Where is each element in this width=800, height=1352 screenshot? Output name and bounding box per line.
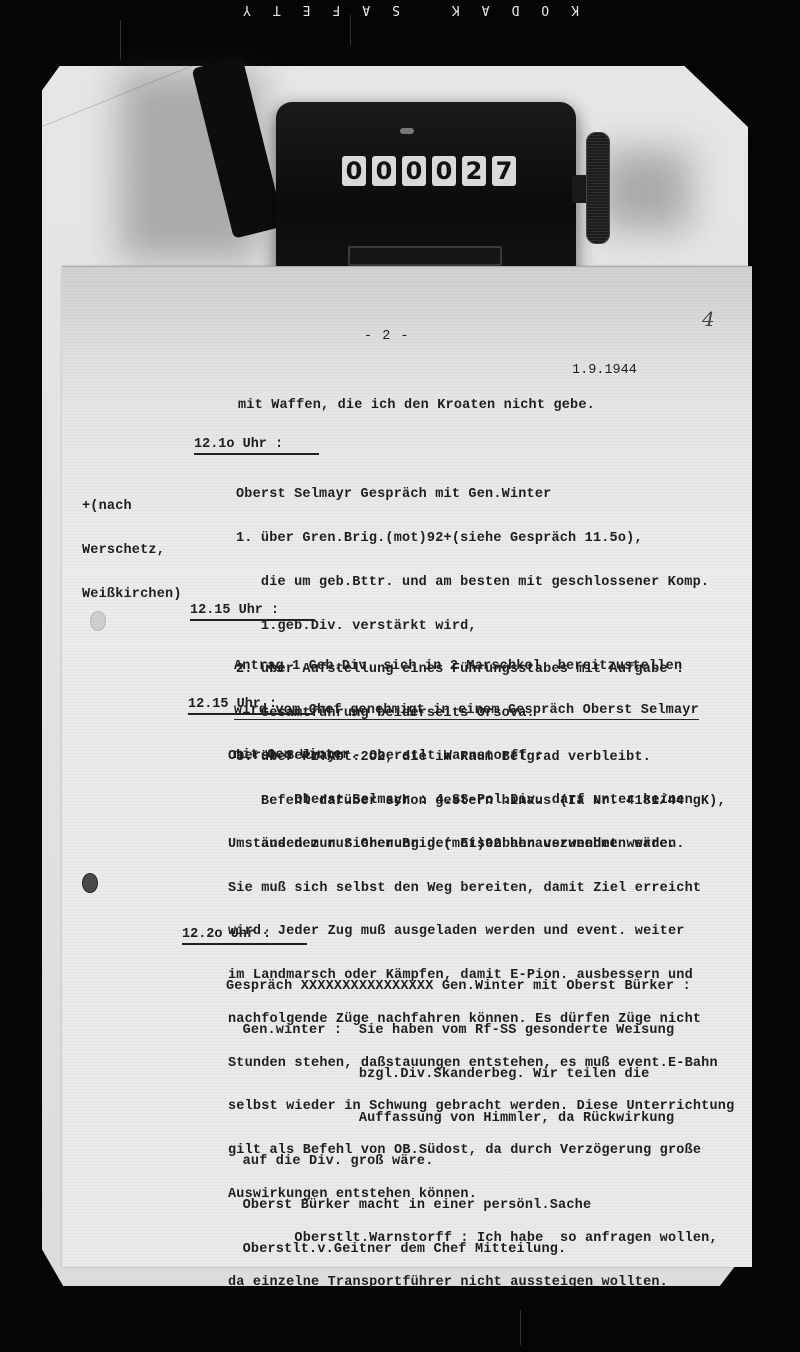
entry-time-heading: 12.2o Uhr : — [182, 927, 307, 945]
margin-note-line: Werschetz, — [82, 544, 182, 559]
counter-digit: 0 — [432, 156, 456, 186]
frame-counter-device: 0 0 0 0 2 7 — [276, 102, 576, 280]
counter-screw — [400, 128, 414, 134]
margin-note-line: +(nach — [82, 500, 182, 515]
counter-slot — [348, 246, 502, 266]
page-label: - 2 - — [364, 329, 410, 344]
counter-digit: 0 — [402, 156, 426, 186]
film-scratch — [120, 20, 121, 60]
knob-shadow — [600, 150, 690, 230]
entry-line: Oberst Selmayr - Oberstlt.Warnstorff : — [228, 750, 734, 765]
entry-line: Oberst Selmayr Gespräch mit Gen.Winter — [236, 488, 726, 503]
entry-line: die um geb.Bttr. und am besten mit gesch… — [236, 576, 726, 591]
counter-digit: 2 — [462, 156, 486, 186]
entry-line: Oberstlt.v.Geitner dem Chef Mitteilung. — [226, 1243, 691, 1258]
entry-line: 1. über Gren.Brig.(mot)92+(siehe Gespräc… — [236, 532, 726, 547]
document-date: 1.9.1944 — [572, 363, 637, 378]
entry-line: auf die Div. groß wäre. — [226, 1155, 691, 1170]
counter-digits: 0 0 0 0 2 7 — [342, 156, 516, 186]
margin-note: +(nach Werschetz, Weißkirchen) — [82, 471, 182, 632]
punch-hole — [90, 611, 106, 631]
entry-line: Gen.winter : Sie haben vom Rf-SS gesonde… — [226, 1024, 691, 1039]
counter-digit: 0 — [372, 156, 396, 186]
counter-digit: 0 — [342, 156, 366, 186]
entry-line: Sie muß sich selbst den Weg bereiten, da… — [228, 882, 734, 897]
entry-body: Gespräch XXXXXXXXXXXXXXXX Gen.Winter mit… — [226, 951, 691, 1287]
film-scratch — [350, 15, 351, 45]
entry-line: Antrag 1.Geb.Div. sich in 2 Marschkol. b… — [234, 660, 699, 675]
punch-hole — [82, 873, 98, 893]
counter-knob-icon — [586, 132, 610, 244]
film-edge-text: KODAK SAFETY — [0, 0, 800, 20]
margin-note-line: Weißkirchen) — [82, 588, 182, 603]
entry-line: bzgl.Div.Skanderbeg. Wir teilen die — [226, 1068, 691, 1083]
entry-line: Oberst Bürker macht in einer persönl.Sac… — [226, 1199, 691, 1214]
document-page: 4 - 2 - 1.9.1944 mit Waffen, die ich den… — [62, 266, 752, 1267]
entry-time-heading: 12.1o Uhr : — [194, 437, 319, 455]
entry-line: Umständen zur Sicherung der Eisenbahn ve… — [228, 838, 734, 853]
counter-digit: 7 — [492, 156, 516, 186]
entry-time-heading: 12.15 Uhr : — [190, 603, 315, 621]
continuation-line: mit Waffen, die ich den Kroaten nicht ge… — [238, 399, 595, 414]
entry-line: Oberst.Selmayr : 4.SS-Pol.Div. darf unte… — [228, 794, 734, 809]
entry-time-heading: 12.15 Uhr : — [188, 697, 313, 715]
entry-line: Gespräch XXXXXXXXXXXXXXXX Gen.Winter mit… — [226, 980, 691, 995]
entry-line: Auffassung von Himmler, da Rückwirkung — [226, 1112, 691, 1127]
handwritten-page-number: 4 — [702, 307, 715, 331]
